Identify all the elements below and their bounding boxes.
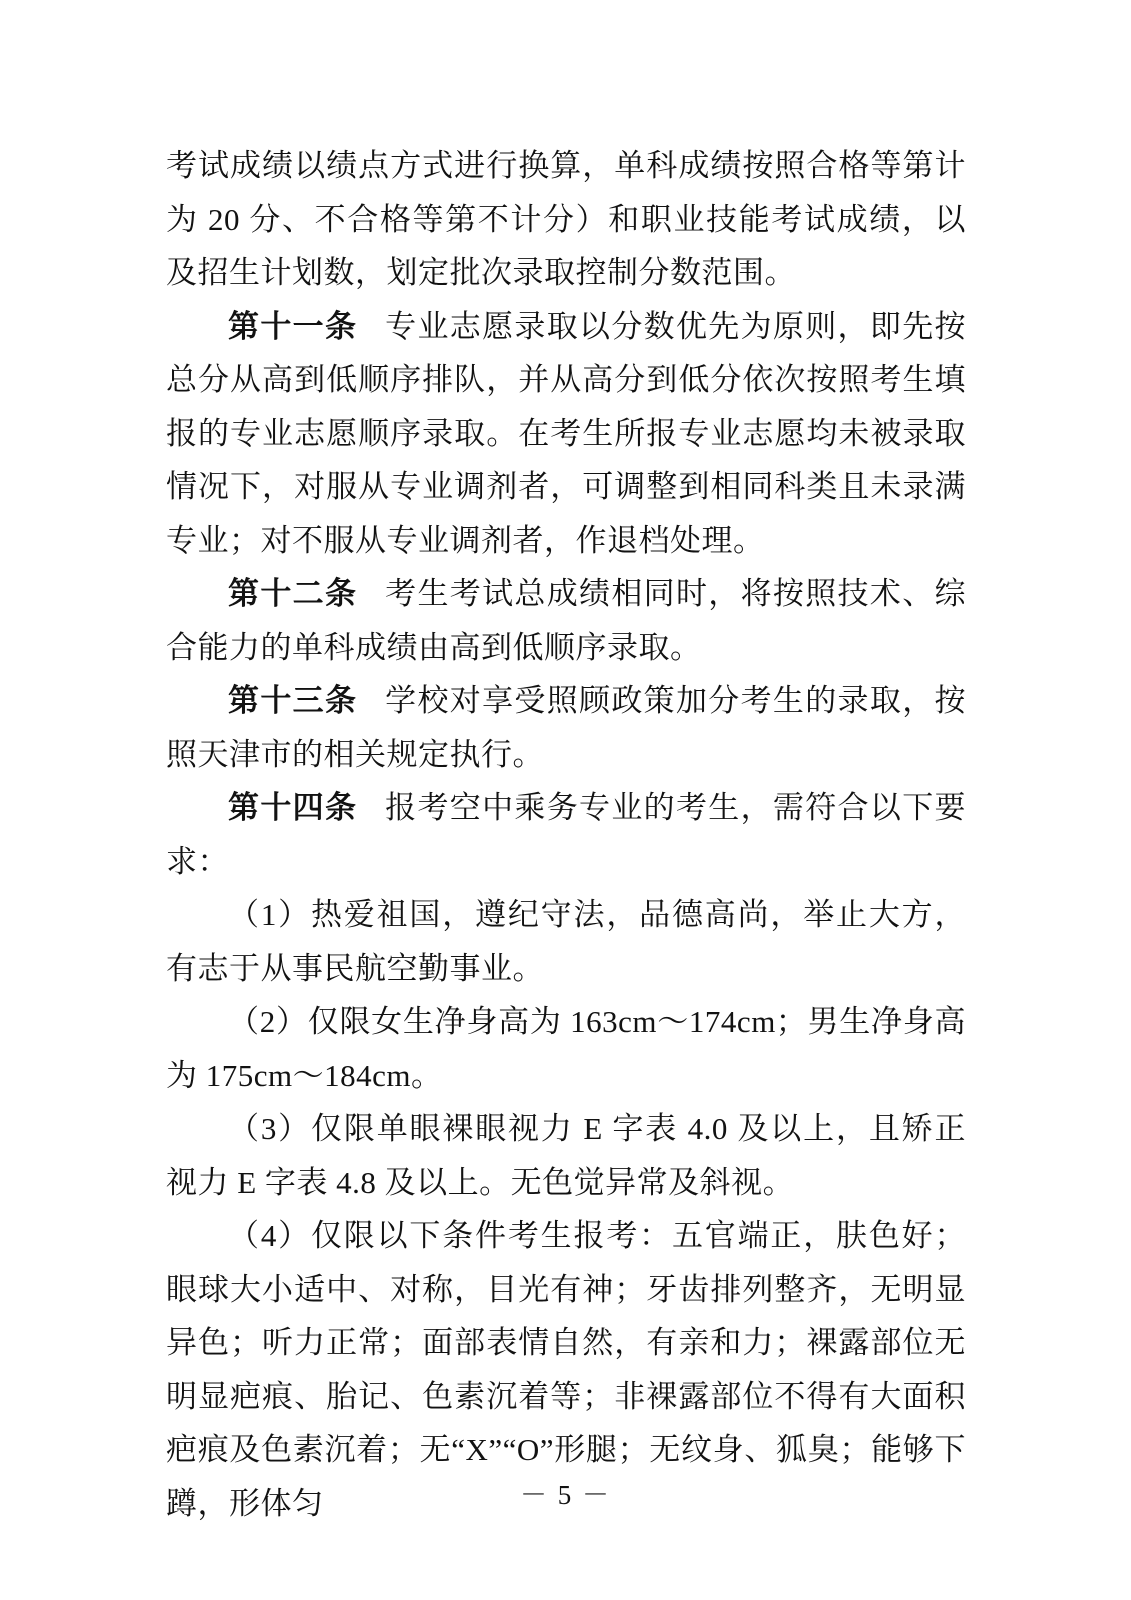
paragraph: 第十三条学校对享受照顾政策加分考生的录取，按照天津市的相关规定执行。 — [166, 674, 966, 781]
document-page: { "page": { "footer": "－ 5 －" }, "docume… — [0, 0, 1131, 1600]
page-number: － 5 － — [0, 1473, 1131, 1512]
article-number: 第十一条 — [228, 309, 357, 344]
paragraph: 第十四条报考空中乘务专业的考生，需符合以下要求： — [166, 781, 966, 888]
paragraph: （1）热爱祖国，遵纪守法，品德高尚，举止大方，有志于从事民航空勤事业。 — [166, 888, 966, 995]
paragraph-text: （2）仅限女生净身高为 163cm～174cm；男生净身高为 175cm～184… — [166, 1004, 966, 1093]
paragraph-text: （3）仅限单眼裸眼视力 E 字表 4.0 及以上，且矫正视力 E 字表 4.8 … — [166, 1111, 966, 1200]
article-number: 第十二条 — [228, 576, 357, 611]
page-background: 考试成绩以绩点方式进行换算，单科成绩按照合格等第计为 20 分、不合格等第不计分… — [0, 0, 1131, 1600]
paragraph-text: 考试成绩以绩点方式进行换算，单科成绩按照合格等第计为 20 分、不合格等第不计分… — [166, 148, 966, 290]
article-number: 第十四条 — [228, 790, 357, 825]
paragraph: 第十二条考生考试总成绩相同时，将按照技术、综合能力的单科成绩由高到低顺序录取。 — [166, 567, 966, 674]
paragraph: （3）仅限单眼裸眼视力 E 字表 4.0 及以上，且矫正视力 E 字表 4.8 … — [166, 1102, 966, 1209]
paragraph: （2）仅限女生净身高为 163cm～174cm；男生净身高为 175cm～184… — [166, 995, 966, 1102]
paragraph: 第十一条专业志愿录取以分数优先为原则，即先按总分从高到低顺序排队，并从高分到低分… — [166, 300, 966, 568]
article-number: 第十三条 — [228, 683, 357, 718]
paragraph-text: （1）热爱祖国，遵纪守法，品德高尚，举止大方，有志于从事民航空勤事业。 — [166, 897, 966, 986]
paragraph: 考试成绩以绩点方式进行换算，单科成绩按照合格等第计为 20 分、不合格等第不计分… — [166, 139, 966, 300]
paragraph-text: 专业志愿录取以分数优先为原则，即先按总分从高到低顺序排队，并从高分到低分依次按照… — [166, 309, 966, 558]
document-body: 考试成绩以绩点方式进行换算，单科成绩按照合格等第计为 20 分、不合格等第不计分… — [166, 139, 966, 1530]
